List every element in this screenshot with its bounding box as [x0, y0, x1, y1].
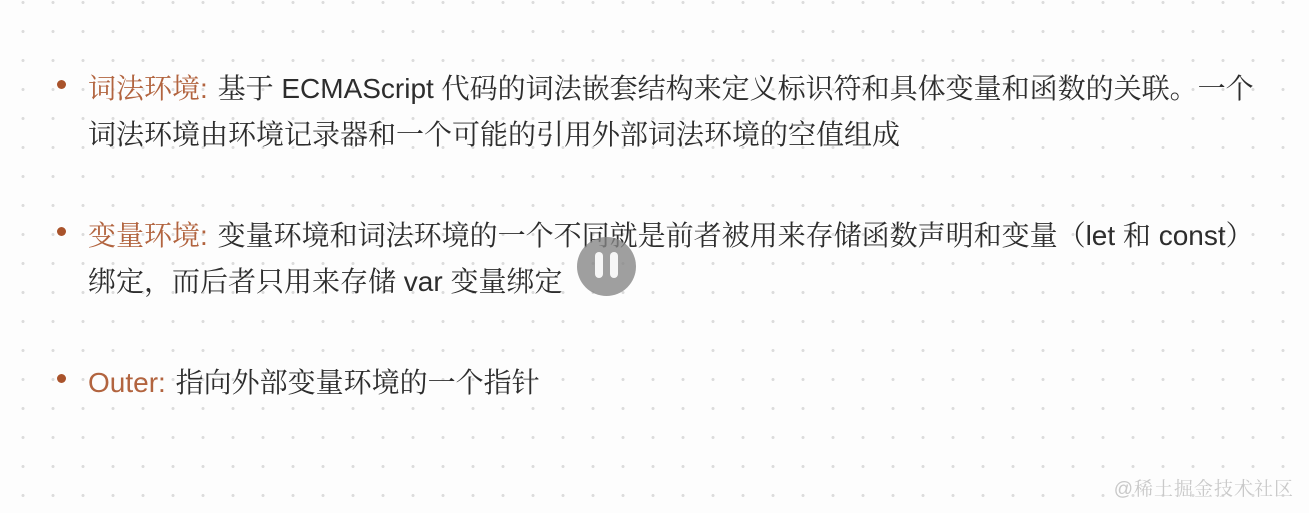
bullet-icon [57, 80, 66, 89]
term-definition: 变量环境和词法环境的一个不同就是前者被用来存储函数声明和变量（let 和 con… [88, 220, 1254, 297]
pause-icon [610, 252, 618, 278]
list-item-outer: Outer:指向外部变量环境的一个指针 [40, 360, 1273, 406]
video-frame: 词法环境:基于 ECMAScript 代码的词法嵌套结构来定义标识符和具体变量和… [0, 0, 1309, 513]
list-item-variable-environment: 变量环境:变量环境和词法环境的一个不同就是前者被用来存储函数声明和变量（let … [40, 213, 1273, 305]
pause-button[interactable] [577, 237, 636, 296]
pause-icon [595, 252, 603, 278]
bullet-icon [57, 374, 66, 383]
term-definition: 指向外部变量环境的一个指针 [176, 367, 540, 398]
bullet-icon [57, 227, 66, 236]
term-definition: 基于 ECMAScript 代码的词法嵌套结构来定义标识符和具体变量和函数的关联… [88, 73, 1254, 150]
term-label: 变量环境: [88, 220, 208, 251]
term-label: Outer: [88, 367, 166, 398]
term-label: 词法环境: [88, 73, 208, 104]
list-item-lexical-environment: 词法环境:基于 ECMAScript 代码的词法嵌套结构来定义标识符和具体变量和… [40, 66, 1273, 158]
watermark: @稀土掘金技术社区 [1114, 474, 1294, 501]
bullet-list: 词法环境:基于 ECMAScript 代码的词法嵌套结构来定义标识符和具体变量和… [40, 66, 1273, 461]
